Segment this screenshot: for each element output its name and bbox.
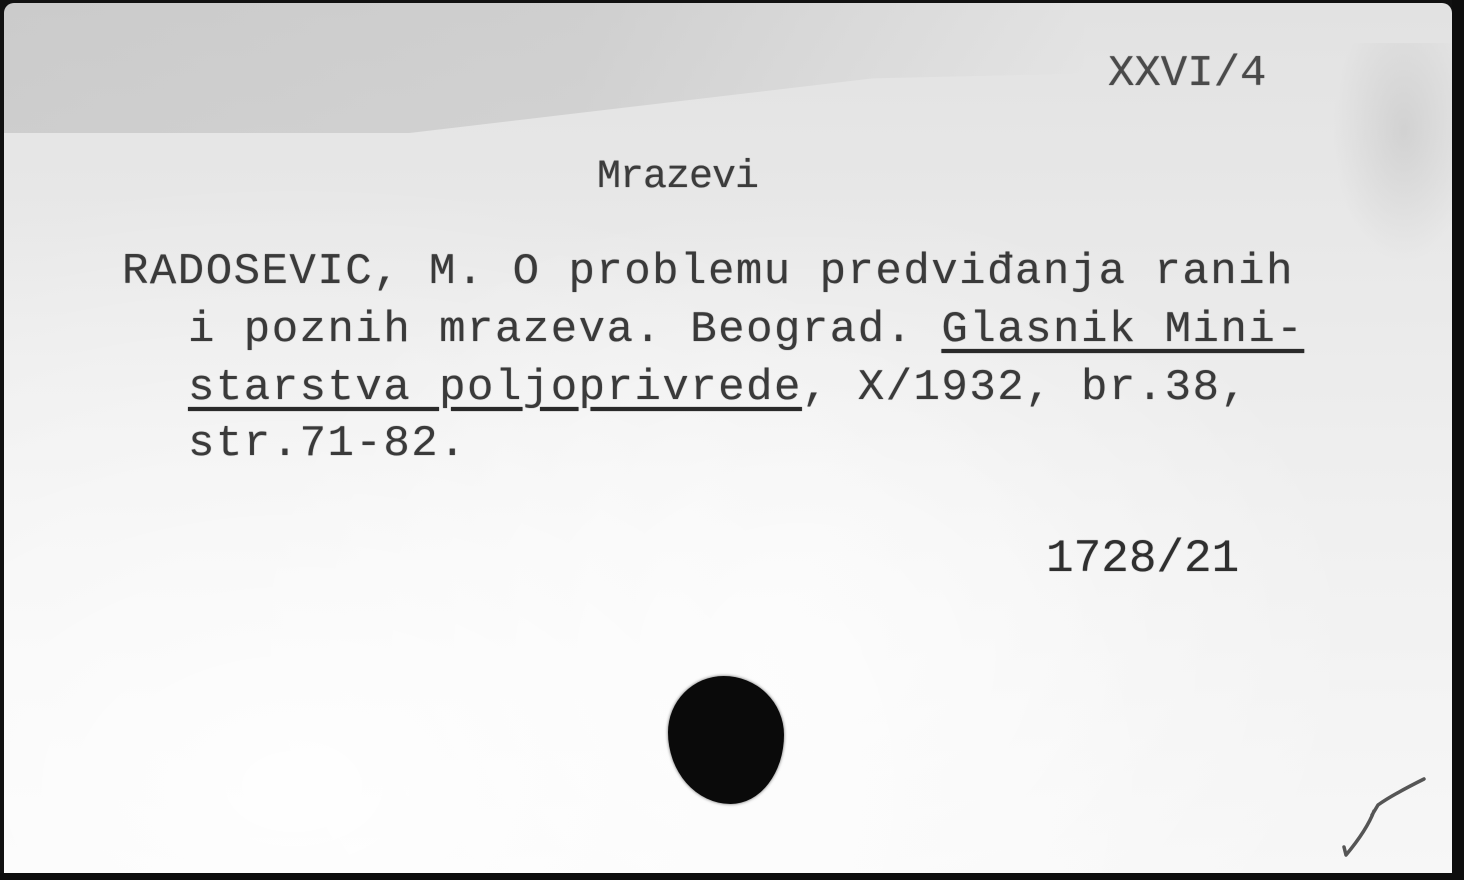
punch-hole: [668, 676, 784, 804]
journal-title-part-1: Glasnik Mini-: [941, 305, 1304, 355]
call-number: XXVI/4: [1108, 49, 1266, 99]
check-mark-icon: [1334, 771, 1444, 871]
entry-line-4: str.71-82.: [188, 419, 467, 469]
entry-line-2-text: i poznih mrazeva. Beograd.: [188, 305, 941, 355]
card-edge-right: [1452, 0, 1464, 880]
subject-heading: Mrazevi: [597, 155, 758, 200]
card-edge-bottom: [0, 873, 1464, 880]
paper-shading-right: [1332, 43, 1452, 263]
entry-line-3-text: , X/1932, br.38,: [802, 363, 1248, 413]
journal-title-part-2: starstva poljoprivrede: [188, 363, 802, 413]
catalog-card: XXVI/4 Mrazevi RADOSEVIC, M. O problemu …: [4, 3, 1452, 873]
entry-line-1: RADOSEVIC, M. O problemu predviđanja ran…: [122, 247, 1294, 297]
accession-number: 1728/21: [1046, 533, 1239, 585]
entry-line-3: starstva poljoprivrede, X/1932, br.38,: [188, 363, 1248, 413]
entry-line-2: i poznih mrazeva. Beograd. Glasnik Mini-: [188, 305, 1304, 355]
